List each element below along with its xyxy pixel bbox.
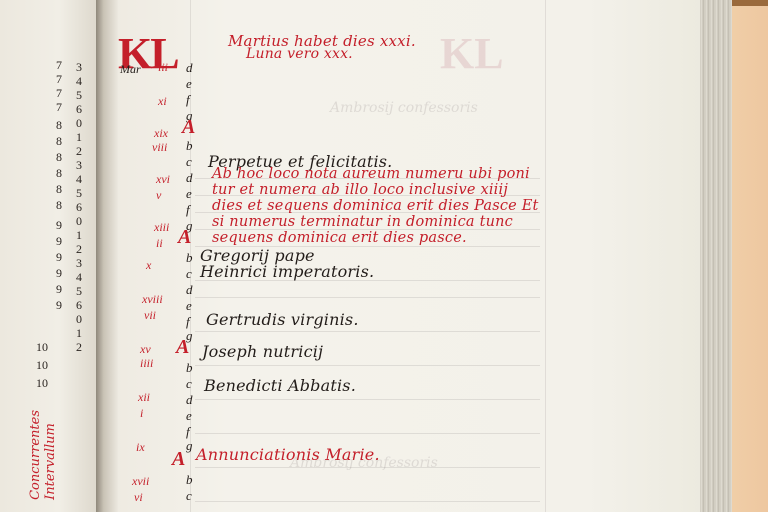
number: 0	[76, 116, 82, 131]
dominical-letter: e	[186, 408, 192, 424]
dominical-letter: g	[186, 438, 193, 454]
feast-henry: Heinrici imperatoris.	[200, 262, 374, 281]
number: 8	[56, 182, 62, 197]
number: 0	[76, 312, 82, 327]
rubric-note-line: si numerus terminatur in dominica tunc	[212, 214, 539, 230]
feast-gertrude: Gertrudis virginis.	[206, 310, 359, 329]
table-backdrop	[728, 0, 768, 512]
dominical-letter-sunday: A	[176, 336, 189, 359]
wood-edge	[732, 0, 768, 6]
show-through-text: Ambrosij confessoris	[330, 100, 478, 116]
golden-number: xv	[140, 342, 151, 357]
number: 10	[36, 376, 48, 391]
page-edges	[700, 0, 732, 512]
dominical-letter: b	[186, 250, 193, 266]
golden-number: xi	[158, 94, 167, 109]
ruling-line	[195, 331, 540, 332]
number: 9	[56, 298, 62, 313]
number: 5	[76, 186, 82, 201]
dominical-letter-sunday: A	[182, 116, 195, 139]
dominical-letter: e	[186, 186, 192, 202]
dominical-letter-sunday: A	[172, 448, 185, 471]
dominical-letter: d	[186, 170, 193, 186]
manuscript-photo: 7 7 7 7 8 8 8 8 8 8 9 9 9 9 9 9 10 10 10…	[0, 0, 768, 512]
rubric-concurrentes: Concurrentes	[28, 410, 43, 500]
dominical-letter: d	[186, 392, 193, 408]
book-gutter	[96, 0, 118, 512]
golden-number: xviii	[142, 292, 163, 307]
dominical-letter: d	[186, 282, 193, 298]
golden-number: vii	[144, 308, 156, 323]
dominical-letter: b	[186, 360, 193, 376]
dominical-letter: f	[186, 202, 190, 218]
dominical-letter: b	[186, 472, 193, 488]
number: 7	[56, 100, 62, 115]
luna-heading: Luna vero xxx.	[246, 46, 353, 62]
number: 3	[76, 256, 82, 271]
left-page-rubric: Concurrentes Intervallum	[28, 410, 58, 500]
left-page: 7 7 7 7 8 8 8 8 8 8 9 9 9 9 9 9 10 10 10…	[0, 0, 108, 512]
number: 7	[56, 72, 62, 87]
number: 5	[76, 88, 82, 103]
ruling-line	[195, 433, 540, 434]
number: 1	[76, 130, 82, 145]
golden-number: ii	[156, 236, 163, 251]
number: 9	[56, 250, 62, 265]
rubric-note: Ab hoc loco nota aureum numeru ubi poni …	[212, 166, 539, 246]
number: 1	[76, 228, 82, 243]
ruling-vertical	[545, 0, 546, 512]
number: 8	[56, 118, 62, 133]
number: 2	[76, 242, 82, 257]
number: 10	[36, 340, 48, 355]
feast-joseph: Joseph nutricij	[202, 342, 323, 361]
right-page	[108, 0, 706, 512]
number: 8	[56, 198, 62, 213]
number: 1	[76, 326, 82, 341]
number: 7	[56, 58, 62, 73]
ruling-line	[195, 501, 540, 502]
number: 9	[56, 218, 62, 233]
number: 6	[76, 102, 82, 117]
feast-benedict: Benedicti Abbatis.	[204, 376, 356, 395]
number: 6	[76, 298, 82, 313]
month-abbrev: Mar	[120, 62, 141, 77]
dominical-letter: e	[186, 76, 192, 92]
dominical-letter: c	[186, 488, 192, 504]
golden-number: iii	[158, 60, 168, 75]
dominical-letter: c	[186, 154, 192, 170]
number: 9	[56, 234, 62, 249]
rubric-note-line: tur et numera ab illo loco inclusive xii…	[212, 182, 539, 198]
golden-number: ix	[136, 440, 145, 455]
golden-number: xii	[138, 390, 150, 405]
ruling-line	[195, 399, 540, 400]
number: 8	[56, 150, 62, 165]
golden-number: xiii	[154, 220, 169, 235]
dominical-letter: b	[186, 138, 193, 154]
golden-number: i	[140, 406, 143, 421]
dominical-letter: c	[186, 266, 192, 282]
rubric-note-line: dies et sequens dominica erit dies Pasce…	[212, 198, 539, 214]
number: 8	[56, 166, 62, 181]
golden-number: vi	[134, 490, 143, 505]
number: 7	[56, 86, 62, 101]
rubric-note-line: Ab hoc loco nota aureum numeru ubi poni	[212, 166, 539, 182]
golden-number: v	[156, 188, 161, 203]
number: 4	[76, 270, 82, 285]
golden-number: iiii	[140, 356, 153, 371]
number: 6	[76, 200, 82, 215]
ruling-line	[195, 297, 540, 298]
golden-number: x	[146, 258, 151, 273]
number: 9	[56, 282, 62, 297]
number: 2	[76, 144, 82, 159]
number: 3	[76, 158, 82, 173]
number: 10	[36, 358, 48, 373]
show-through-initial: KL	[440, 28, 504, 79]
golden-number: xvii	[132, 474, 149, 489]
number: 0	[76, 214, 82, 229]
dominical-letter: e	[186, 298, 192, 314]
number: 9	[56, 266, 62, 281]
dominical-letter: c	[186, 376, 192, 392]
dominical-letter: f	[186, 92, 190, 108]
golden-number: viii	[152, 140, 167, 155]
feast-annunciation: Annunciationis Marie.	[196, 445, 380, 464]
rubric-note-line: sequens dominica erit dies pasce.	[212, 230, 539, 246]
number: 2	[76, 340, 82, 355]
number: 4	[76, 172, 82, 187]
ruling-line	[195, 365, 540, 366]
number: 3	[76, 60, 82, 75]
golden-number: xix	[154, 126, 168, 141]
dominical-letter: d	[186, 60, 193, 76]
number: 8	[56, 134, 62, 149]
number: 5	[76, 284, 82, 299]
number: 4	[76, 74, 82, 89]
dominical-letter-sunday: A	[178, 226, 191, 249]
rubric-intervallum: Intervallum	[43, 423, 58, 500]
golden-number: xvi	[156, 172, 170, 187]
